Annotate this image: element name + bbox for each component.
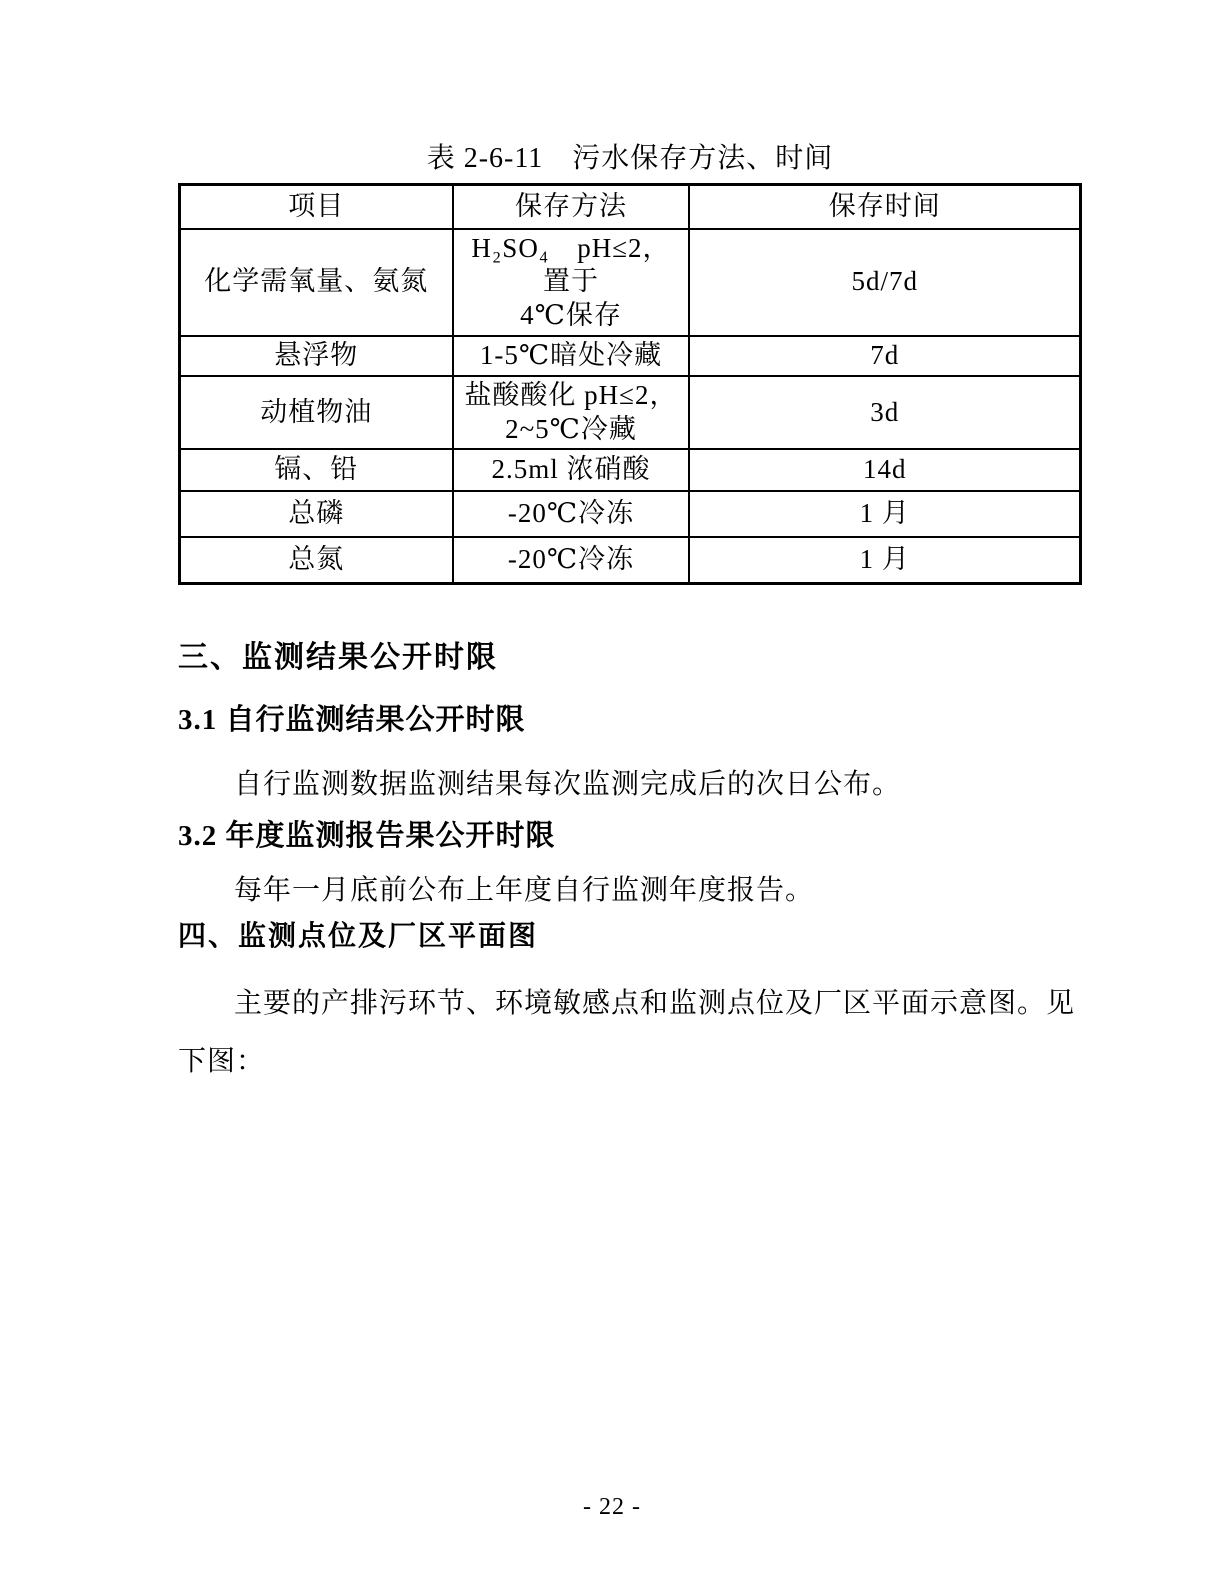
section-3-1-paragraph: 自行监测数据监测结果每次监测完成后的次日公布。 [178, 765, 1082, 805]
table-row: 总氮 -20℃冷冻 1 月 [180, 537, 1081, 583]
column-header-item: 项目 [180, 185, 453, 229]
cell-time: 7d [689, 336, 1080, 376]
section-3-2-heading: 3.2 年度监测报告果公开时限 [178, 817, 1082, 855]
page-number: - 22 - [0, 1494, 1224, 1521]
wastewater-preservation-table: 项目 保存方法 保存时间 化学需氧量、氨氮 H₂SO₄ pH≤2，置于 4℃保存… [178, 183, 1082, 585]
cell-time: 1 月 [689, 491, 1080, 537]
table-row: 总磷 -20℃冷冻 1 月 [180, 491, 1081, 537]
cell-method: -20℃冷冻 [453, 537, 690, 583]
cell-item: 镉、铅 [180, 449, 453, 491]
table-row: 镉、铅 2.5ml 浓硝酸 14d [180, 449, 1081, 491]
cell-method: 盐酸酸化 pH≤2， 2~5℃冷藏 [453, 376, 690, 450]
section-4-heading: 四、监测点位及厂区平面图 [178, 919, 1082, 955]
cell-time: 14d [689, 449, 1080, 491]
cell-method: 2.5ml 浓硝酸 [453, 449, 690, 491]
column-header-time: 保存时间 [689, 185, 1080, 229]
document-page: 表 2-6-11 污水保存方法、时间 项目 保存方法 保存时间 化学需氧量、氨氮… [0, 0, 1224, 1584]
table-title: 表 2-6-11 污水保存方法、时间 [178, 140, 1082, 178]
cell-time: 5d/7d [689, 229, 1080, 336]
cell-method: -20℃冷冻 [453, 491, 690, 537]
table-row: 化学需氧量、氨氮 H₂SO₄ pH≤2，置于 4℃保存 5d/7d [180, 229, 1081, 336]
cell-item: 悬浮物 [180, 336, 453, 376]
cell-item: 动植物油 [180, 376, 453, 450]
cell-method: H₂SO₄ pH≤2，置于 4℃保存 [453, 229, 690, 336]
cell-time: 1 月 [689, 537, 1080, 583]
column-header-method: 保存方法 [453, 185, 690, 229]
cell-item: 总磷 [180, 491, 453, 537]
table-row: 悬浮物 1-5℃暗处冷藏 7d [180, 336, 1081, 376]
page-content: 表 2-6-11 污水保存方法、时间 项目 保存方法 保存时间 化学需氧量、氨氮… [178, 140, 1082, 1091]
section-3-1-heading: 3.1 自行监测结果公开时限 [178, 701, 1082, 739]
table-row: 动植物油 盐酸酸化 pH≤2， 2~5℃冷藏 3d [180, 376, 1081, 450]
cell-method: 1-5℃暗处冷藏 [453, 336, 690, 376]
section-4-paragraph: 主要的产排污环节、环境敏感点和监测点位及厂区平面示意图。见 下图： [178, 975, 1082, 1091]
cell-item: 总氮 [180, 537, 453, 583]
section-3-2-paragraph: 每年一月底前公布上年度自行监测年度报告。 [178, 871, 1082, 911]
section-3-heading: 三、监测结果公开时限 [178, 639, 1082, 677]
cell-time: 3d [689, 376, 1080, 450]
cell-item: 化学需氧量、氨氮 [180, 229, 453, 336]
table-header-row: 项目 保存方法 保存时间 [180, 185, 1081, 229]
